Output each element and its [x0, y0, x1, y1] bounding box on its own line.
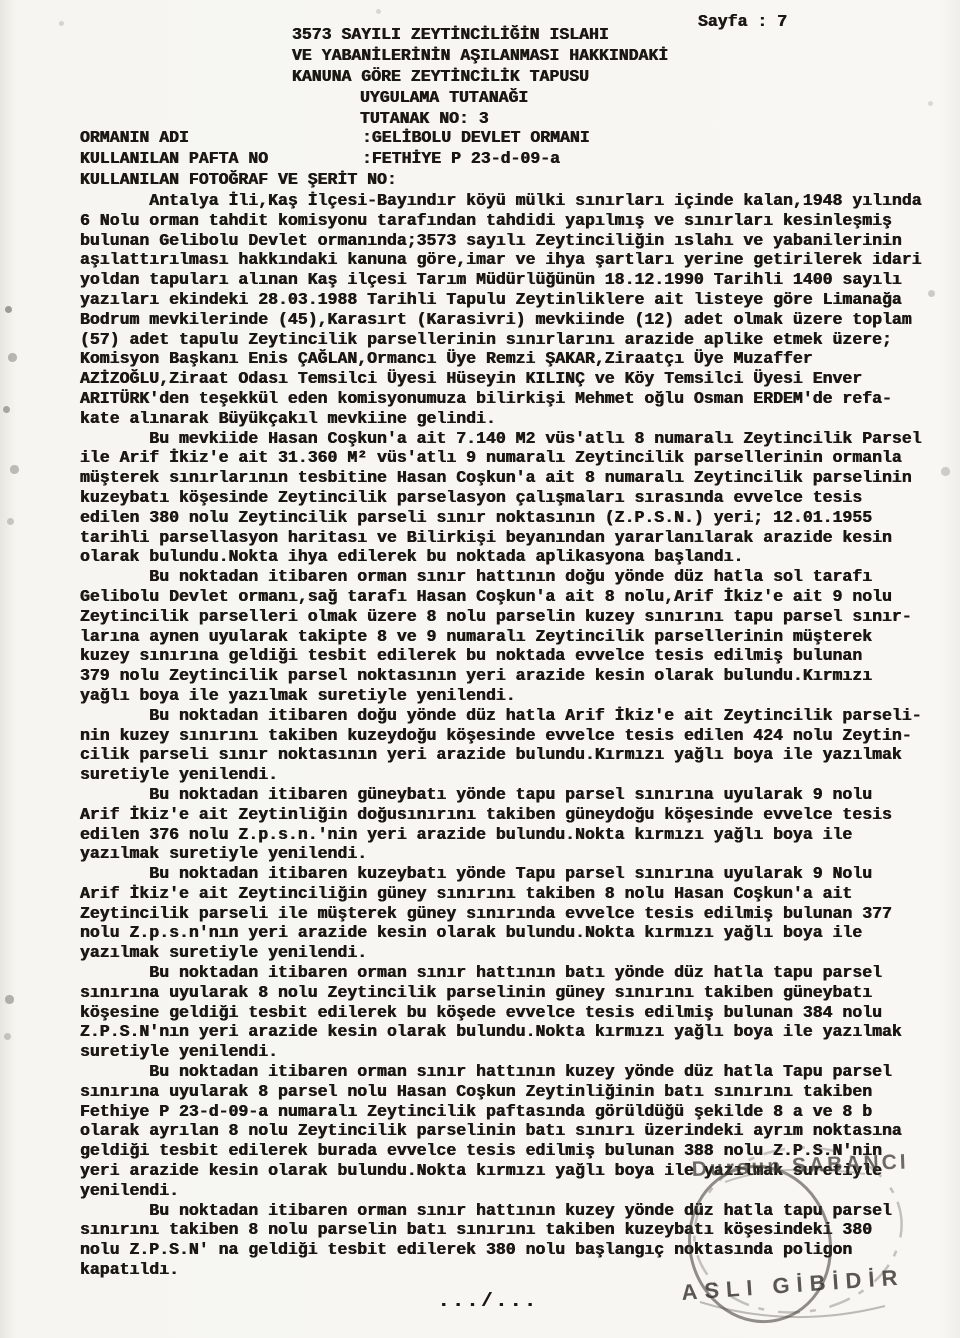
body-line: Bu noktadan itibaren güneybatı yönde tap…	[80, 785, 922, 805]
body-line: Arif İkiz'e ait Zeytinliğin doğusınırını…	[80, 805, 922, 825]
page-number: Sayfa : 7	[698, 12, 787, 31]
body-line: yoldan tapuları alınan Kaş ilçesi Tarım …	[80, 270, 922, 290]
title-line: 3573 SAYILI ZEYTİNCİLİĞİN ISLAHI	[292, 24, 668, 45]
body-line: yazılmak suretiyle yenilendi.	[80, 943, 922, 963]
body-line: aşılattırılması hakkındaki kanuna göre,i…	[80, 250, 922, 270]
field-label: KULLANILAN PAFTA NO	[80, 148, 362, 169]
body-line: Gelibolu Devlet ormanı,sağ tarafı Hasan …	[80, 587, 922, 607]
body-line: Antalya İli,Kaş İlçesi-Bayındır köyü mül…	[80, 191, 922, 211]
body-line: suretiyle yenilendi.	[80, 1042, 922, 1062]
body-line: cilik parseli sınır noktasının yeri araz…	[80, 745, 922, 765]
scan-noise	[0, 0, 3, 3]
body-line: edilen 376 nolu Z.p.s.n.'nin yeri arazid…	[80, 825, 922, 845]
body-line: sınırına uyularak 8 parsel nolu Hasan Co…	[80, 1082, 922, 1102]
body-line: 379 nolu Zeytincilik parsel noktasının y…	[80, 666, 922, 686]
body-line: nolu Z.P.S.N' na geldiği tesbit edilerek…	[80, 1240, 922, 1260]
body-line: Zeytincilik parselleri olmak üzere 8 nol…	[80, 607, 922, 627]
body-line: ARITÜRK'den teşekkül eden komisyonumuza …	[80, 389, 922, 409]
body-line: yazılmak suretiyle yenilendi.	[80, 844, 922, 864]
body-line: ile Arif İkiz'e ait 31.360 M² vüs'atlı 9…	[80, 448, 922, 468]
body-line: müşterek sınırlarının tesbitine Hasan Co…	[80, 468, 922, 488]
body-line: Bu mevkiide Hasan Coşkun'a ait 7.140 M2 …	[80, 429, 922, 449]
body-line: olarak ayrılan 8 nolu Zeytincilik parsel…	[80, 1121, 922, 1141]
body-line: Bu noktadan itibaren orman sınır hattını…	[80, 1201, 922, 1221]
body-line: yağlı boya ile yazılmak suretiyle yenile…	[80, 686, 922, 706]
field-row-fotograf-serit-no: KULLANILAN FOTOĞRAF VE ŞERİT NO:	[80, 169, 590, 190]
body-line: edilen 380 nolu Zeytincilik parseli sını…	[80, 508, 922, 528]
body-line: kapatıldı.	[80, 1260, 922, 1280]
body-line: Bu noktadan itibaren orman sınır hattını…	[80, 1062, 922, 1082]
body-line: Bu noktadan itibaren doğu yönde düz hatl…	[80, 706, 922, 726]
body-line: yeri arazide kesin olarak bulundu.Nokta …	[80, 1161, 922, 1181]
body-line: nin kuzey sınırını takiben kuzeydoğu köş…	[80, 726, 922, 746]
field-label: KULLANILAN FOTOĞRAF VE ŞERİT NO:	[80, 169, 362, 190]
body-line: Arif İkiz'e ait Zeytinciliğin güney sını…	[80, 884, 922, 904]
title-line: KANUNA GÖRE ZEYTİNCİLİK TAPUSU	[292, 66, 668, 87]
body-line: Zeytincilik parseli ile müşterek güney s…	[80, 904, 922, 924]
body-line: sınırına uyularak 8 nolu Zeytincilik par…	[80, 983, 922, 1003]
body-line: sınırını takiben 8 nolu parselin batı sı…	[80, 1220, 922, 1240]
body-line: Bu noktadan itibaren orman sınır hattını…	[80, 567, 922, 587]
field-value: :FETHİYE P 23-d-09-a	[362, 148, 560, 169]
body-line: Bu noktadan itibaren kuzeybatı yönde Tap…	[80, 864, 922, 884]
title-line: VE YABANİLERİNİN AŞILANMASI HAKKINDAKİ	[292, 45, 668, 66]
body-line: AZİZOĞLU,Ziraat Odası Temsilci Üyesi Hüs…	[80, 369, 922, 389]
body-line: Komisyon Başkanı Enis ÇAĞLAN,Ormancı Üye…	[80, 349, 922, 369]
body-line: Fethiye P 23-d-09-a numaralı Zeytincilik…	[80, 1102, 922, 1122]
title-line: UYGULAMA TUTANAĞI	[360, 87, 668, 108]
field-row-orman-adi: ORMANIN ADI :GELİBOLU DEVLET ORMANI	[80, 127, 590, 148]
body-line: Z.P.S.N'nın yeri arazide kesin olarak bu…	[80, 1022, 922, 1042]
title-line: TUTANAK NO: 3	[360, 108, 668, 129]
body-line: köşesine geldiği tesbit edilerek bu köşe…	[80, 1003, 922, 1023]
body-line: olarak bulundu.Nokta ihya edilerek bu no…	[80, 547, 922, 567]
body-line: larına aynen uyularak takipte 8 ve 9 num…	[80, 627, 922, 647]
body-text: Antalya İli,Kaş İlçesi-Bayındır köyü mül…	[80, 191, 922, 1280]
scanned-page: { "colors": { "ink": "#1b1712", "paper":…	[0, 0, 960, 1338]
body-line: kuzeybatı köşesinde Zeytincilik parselas…	[80, 488, 922, 508]
field-row-pafta-no: KULLANILAN PAFTA NO :FETHİYE P 23-d-09-a	[80, 148, 590, 169]
body-line: suretiyle yenilendi.	[80, 765, 922, 785]
body-line: 6 Nolu orman tahdit komisyonu tarafından…	[80, 211, 922, 231]
document-title: 3573 SAYILI ZEYTİNCİLİĞİN ISLAHI VE YABA…	[292, 24, 668, 129]
body-line: nolu Z.p.s.n'nın yeri arazide kesin olar…	[80, 923, 922, 943]
continuation-mark: .../...	[438, 1290, 539, 1312]
body-line: kate alınarak Büyükçakıl mevkiine gelind…	[80, 409, 922, 429]
field-label: ORMANIN ADI	[80, 127, 362, 148]
body-line: tarihli parsellasyon haritası ve Bilirki…	[80, 528, 922, 548]
body-line: Bu noktadan itibaren orman sınır hattını…	[80, 963, 922, 983]
body-line: yazıları ekindeki 28.03.1988 Tarihli Tap…	[80, 290, 922, 310]
body-line: kuzey sınırına geldiği tesbit edilerek b…	[80, 646, 922, 666]
body-line: (57) adet tapulu Zeytincilik parsellerin…	[80, 330, 922, 350]
body-line: Bodrum mevkilerinde (45),Karasırt (Karas…	[80, 310, 922, 330]
body-line: geldiği tesbit edilerek burada evvelce t…	[80, 1141, 922, 1161]
field-value: :GELİBOLU DEVLET ORMANI	[362, 127, 590, 148]
body-line: bulunan Gelibolu Devlet ormanında;3573 s…	[80, 231, 922, 251]
body-line: yenilendi.	[80, 1181, 922, 1201]
header-fields: ORMANIN ADI :GELİBOLU DEVLET ORMANI KULL…	[80, 127, 590, 190]
